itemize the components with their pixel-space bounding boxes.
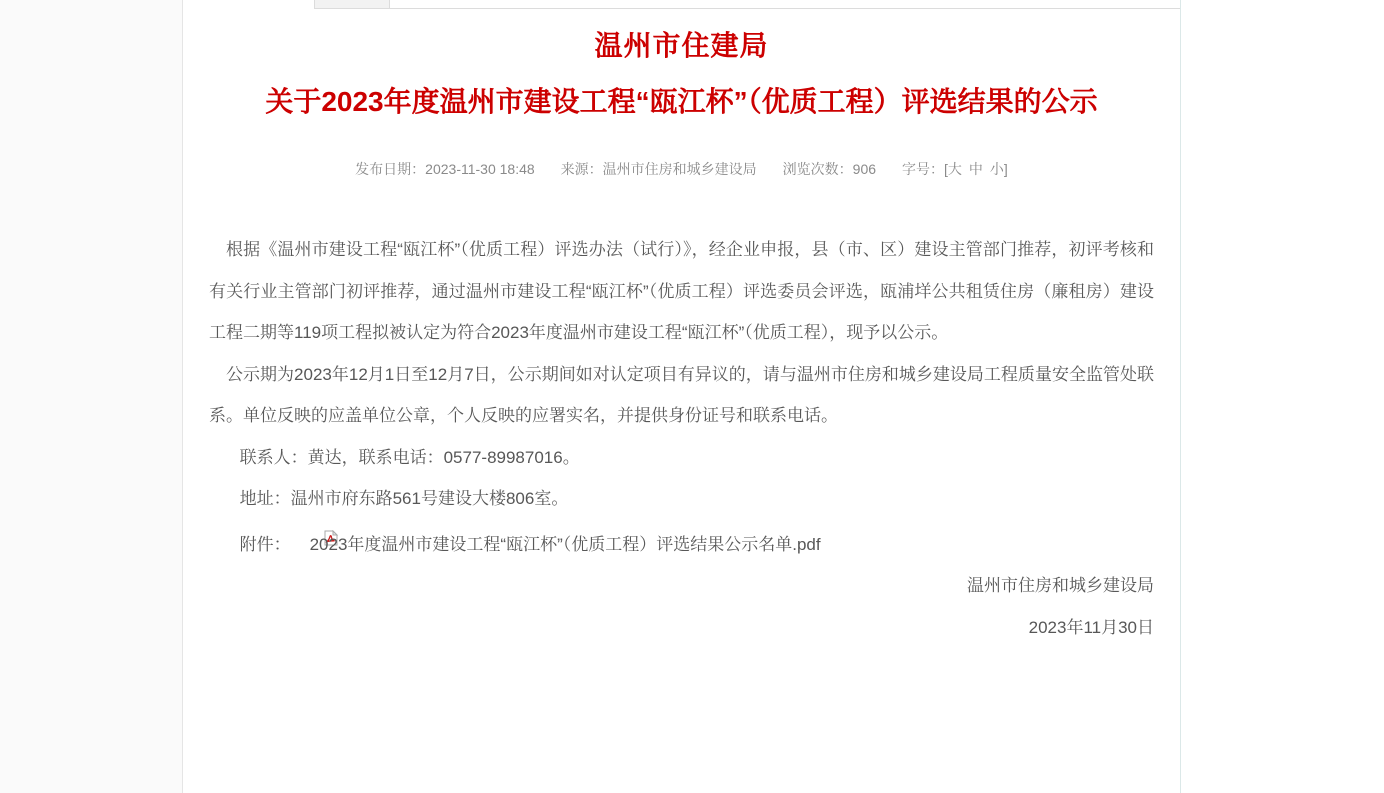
signature-org: 温州市住房和城乡建设局 — [209, 565, 1154, 607]
view-count: 浏览次数：906 — [783, 159, 876, 179]
view-count-label: 浏览次数： — [783, 161, 853, 177]
paragraph-2: 公示期为2023年12月1日至12月7日，公示期间如对认定项目有异议的，请与温州… — [209, 354, 1154, 437]
attachment-line: 附件：2023年度温州市建设工程“瓯江杯”（优质工程）评选结果公示名单.pdf — [209, 520, 1154, 566]
font-size-small-button[interactable]: 小 — [990, 161, 1004, 177]
source-value: 温州市住房和城乡建设局 — [603, 161, 757, 177]
font-size-medium-button[interactable]: 中 — [969, 161, 983, 177]
page: 温州市住建局 关于2023年度温州市建设工程“瓯江杯”（优质工程）评选结果的公示… — [0, 0, 1384, 793]
source-label: 来源： — [561, 161, 603, 177]
font-size-control: 字号：[大中小] — [902, 159, 1008, 179]
publish-date-label: 发布日期： — [355, 161, 425, 177]
tab-strip-fragment[interactable] — [314, 0, 390, 9]
page-left-margin — [0, 0, 183, 793]
font-size-large-button[interactable]: 大 — [948, 161, 962, 177]
contact-line: 联系人：黄达，联系电话：0577-89987016。 — [209, 437, 1154, 479]
view-count-value: 906 — [853, 161, 876, 177]
article-body: 根据《温州市建设工程“瓯江杯”（优质工程）评选办法（试行）》，经企业申报，县（市… — [183, 229, 1180, 648]
signature-date: 2023年11月30日 — [209, 607, 1154, 649]
publish-date-value: 2023-11-30 18:48 — [425, 161, 535, 177]
page-right-margin — [1181, 0, 1384, 793]
source: 来源：温州市住房和城乡建设局 — [561, 159, 757, 179]
attachment-pdf-link[interactable]: 2023年度温州市建设工程“瓯江杯”（优质工程）评选结果公示名单.pdf — [310, 535, 821, 554]
publish-date: 发布日期：2023-11-30 18:48 — [355, 159, 535, 179]
address-line: 地址：温州市府东路561号建设大楼806室。 — [209, 478, 1154, 520]
pdf-file-icon — [293, 520, 309, 536]
notice-title: 关于2023年度温州市建设工程“瓯江杯”（优质工程）评选结果的公示 — [207, 84, 1156, 120]
font-size-label: 字号： — [902, 161, 944, 177]
org-title: 温州市住建局 — [183, 28, 1180, 64]
paragraph-1: 根据《温州市建设工程“瓯江杯”（优质工程）评选办法（试行）》，经企业申报，县（市… — [209, 229, 1154, 354]
article-card: 温州市住建局 关于2023年度温州市建设工程“瓯江杯”（优质工程）评选结果的公示… — [183, 0, 1181, 793]
tab-strip-border — [390, 8, 1180, 9]
font-size-bracket-close: ] — [1004, 161, 1008, 177]
article-meta: 发布日期：2023-11-30 18:48 来源：温州市住房和城乡建设局 浏览次… — [183, 159, 1180, 179]
attachment-label: 附件： — [240, 535, 291, 554]
